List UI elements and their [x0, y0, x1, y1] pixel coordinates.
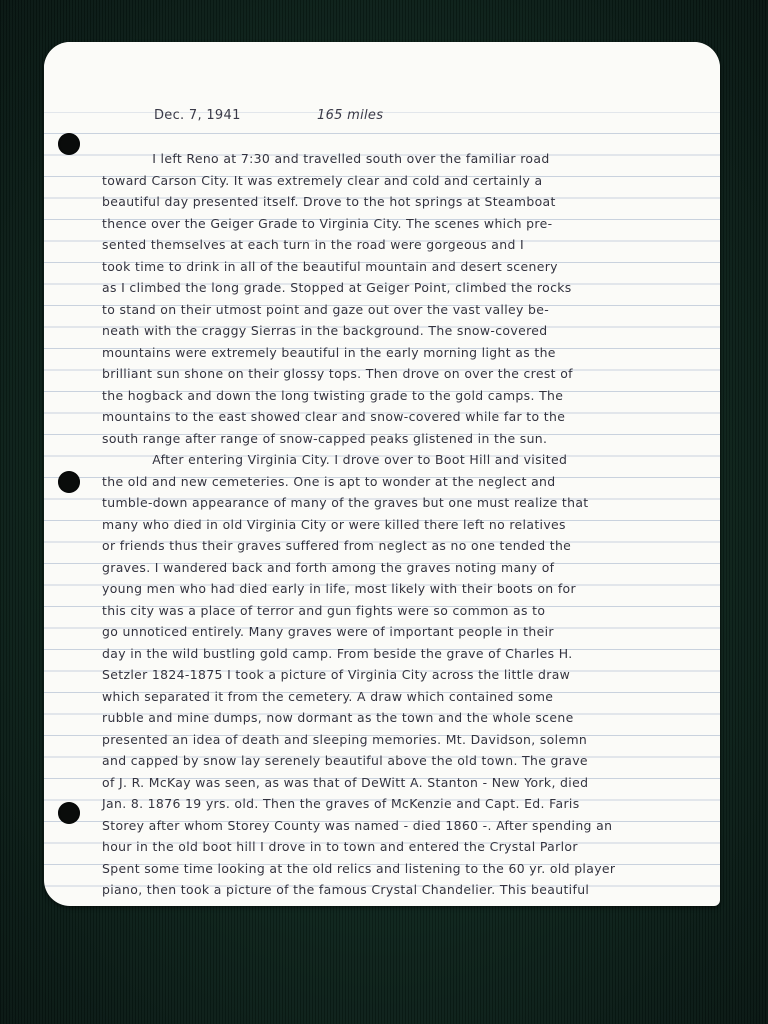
text-line: tumble-down appearance of many of the gr…	[102, 492, 694, 514]
text-line: hour in the old boot hill I drove in to …	[102, 836, 694, 858]
notebook-page: Dec. 7, 1941 165 miles I left Reno at 7:…	[44, 42, 720, 906]
text-line: brilliant sun shone on their glossy tops…	[102, 363, 694, 385]
text-line: of J. R. McKay was seen, as was that of …	[102, 772, 694, 794]
text-line: thence over the Geiger Grade to Virginia…	[102, 213, 694, 235]
text-line: mountains to the east showed clear and s…	[102, 406, 694, 428]
text-line: go unnoticed entirely. Many graves were …	[102, 621, 694, 643]
text-line: I left Reno at 7:30 and travelled south …	[102, 148, 694, 170]
text-line: young men who had died early in life, mo…	[102, 578, 694, 600]
text-line: piano, then took a picture of the famous…	[102, 879, 694, 901]
text-line: Jan. 8. 1876 19 yrs. old. Then the grave…	[102, 793, 694, 815]
text-line: the hogback and down the long twisting g…	[102, 385, 694, 407]
text-line: sented themselves at each turn in the ro…	[102, 234, 694, 256]
text-line: south range after range of snow-capped p…	[102, 428, 694, 450]
text-line: took time to drink in all of the beautif…	[102, 256, 694, 278]
text-line: this city was a place of terror and gun …	[102, 600, 694, 622]
text-line: to stand on their utmost point and gaze …	[102, 299, 694, 321]
text-line: the old and new cemeteries. One is apt t…	[102, 471, 694, 493]
text-line: Spent some time looking at the old relic…	[102, 858, 694, 880]
text-line: many who died in old Virginia City or we…	[102, 514, 694, 536]
punch-hole-bottom	[58, 802, 80, 824]
punch-hole-top	[58, 133, 80, 155]
text-line: toward Carson City. It was extremely cle…	[102, 170, 694, 192]
journal-entry-body: I left Reno at 7:30 and travelled south …	[102, 148, 692, 906]
text-line: which separated it from the cemetery. A …	[102, 686, 694, 708]
text-line: After entering Virginia City. I drove ov…	[102, 449, 694, 471]
text-line: piece of work is composed of gold tubing…	[102, 901, 694, 907]
text-line: presented an idea of death and sleeping …	[102, 729, 694, 751]
text-line: mountains were extremely beautiful in th…	[102, 342, 694, 364]
text-line: and capped by snow lay serenely beautifu…	[102, 750, 694, 772]
punch-hole-middle	[58, 471, 80, 493]
entry-date: Dec. 7, 1941	[154, 108, 241, 123]
text-line: rubble and mine dumps, now dormant as th…	[102, 707, 694, 729]
text-line: Storey after whom Storey County was name…	[102, 815, 694, 837]
text-line: graves. I wandered back and forth among …	[102, 557, 694, 579]
text-line: as I climbed the long grade. Stopped at …	[102, 277, 694, 299]
text-line: or friends thus their graves suffered fr…	[102, 535, 694, 557]
text-line: day in the wild bustling gold camp. From…	[102, 643, 694, 665]
text-line: beautiful day presented itself. Drove to…	[102, 191, 694, 213]
entry-distance: 165 miles	[317, 108, 383, 123]
text-line: neath with the craggy Sierras in the bac…	[102, 320, 694, 342]
text-line: Setzler 1824-1875 I took a picture of Vi…	[102, 664, 694, 686]
